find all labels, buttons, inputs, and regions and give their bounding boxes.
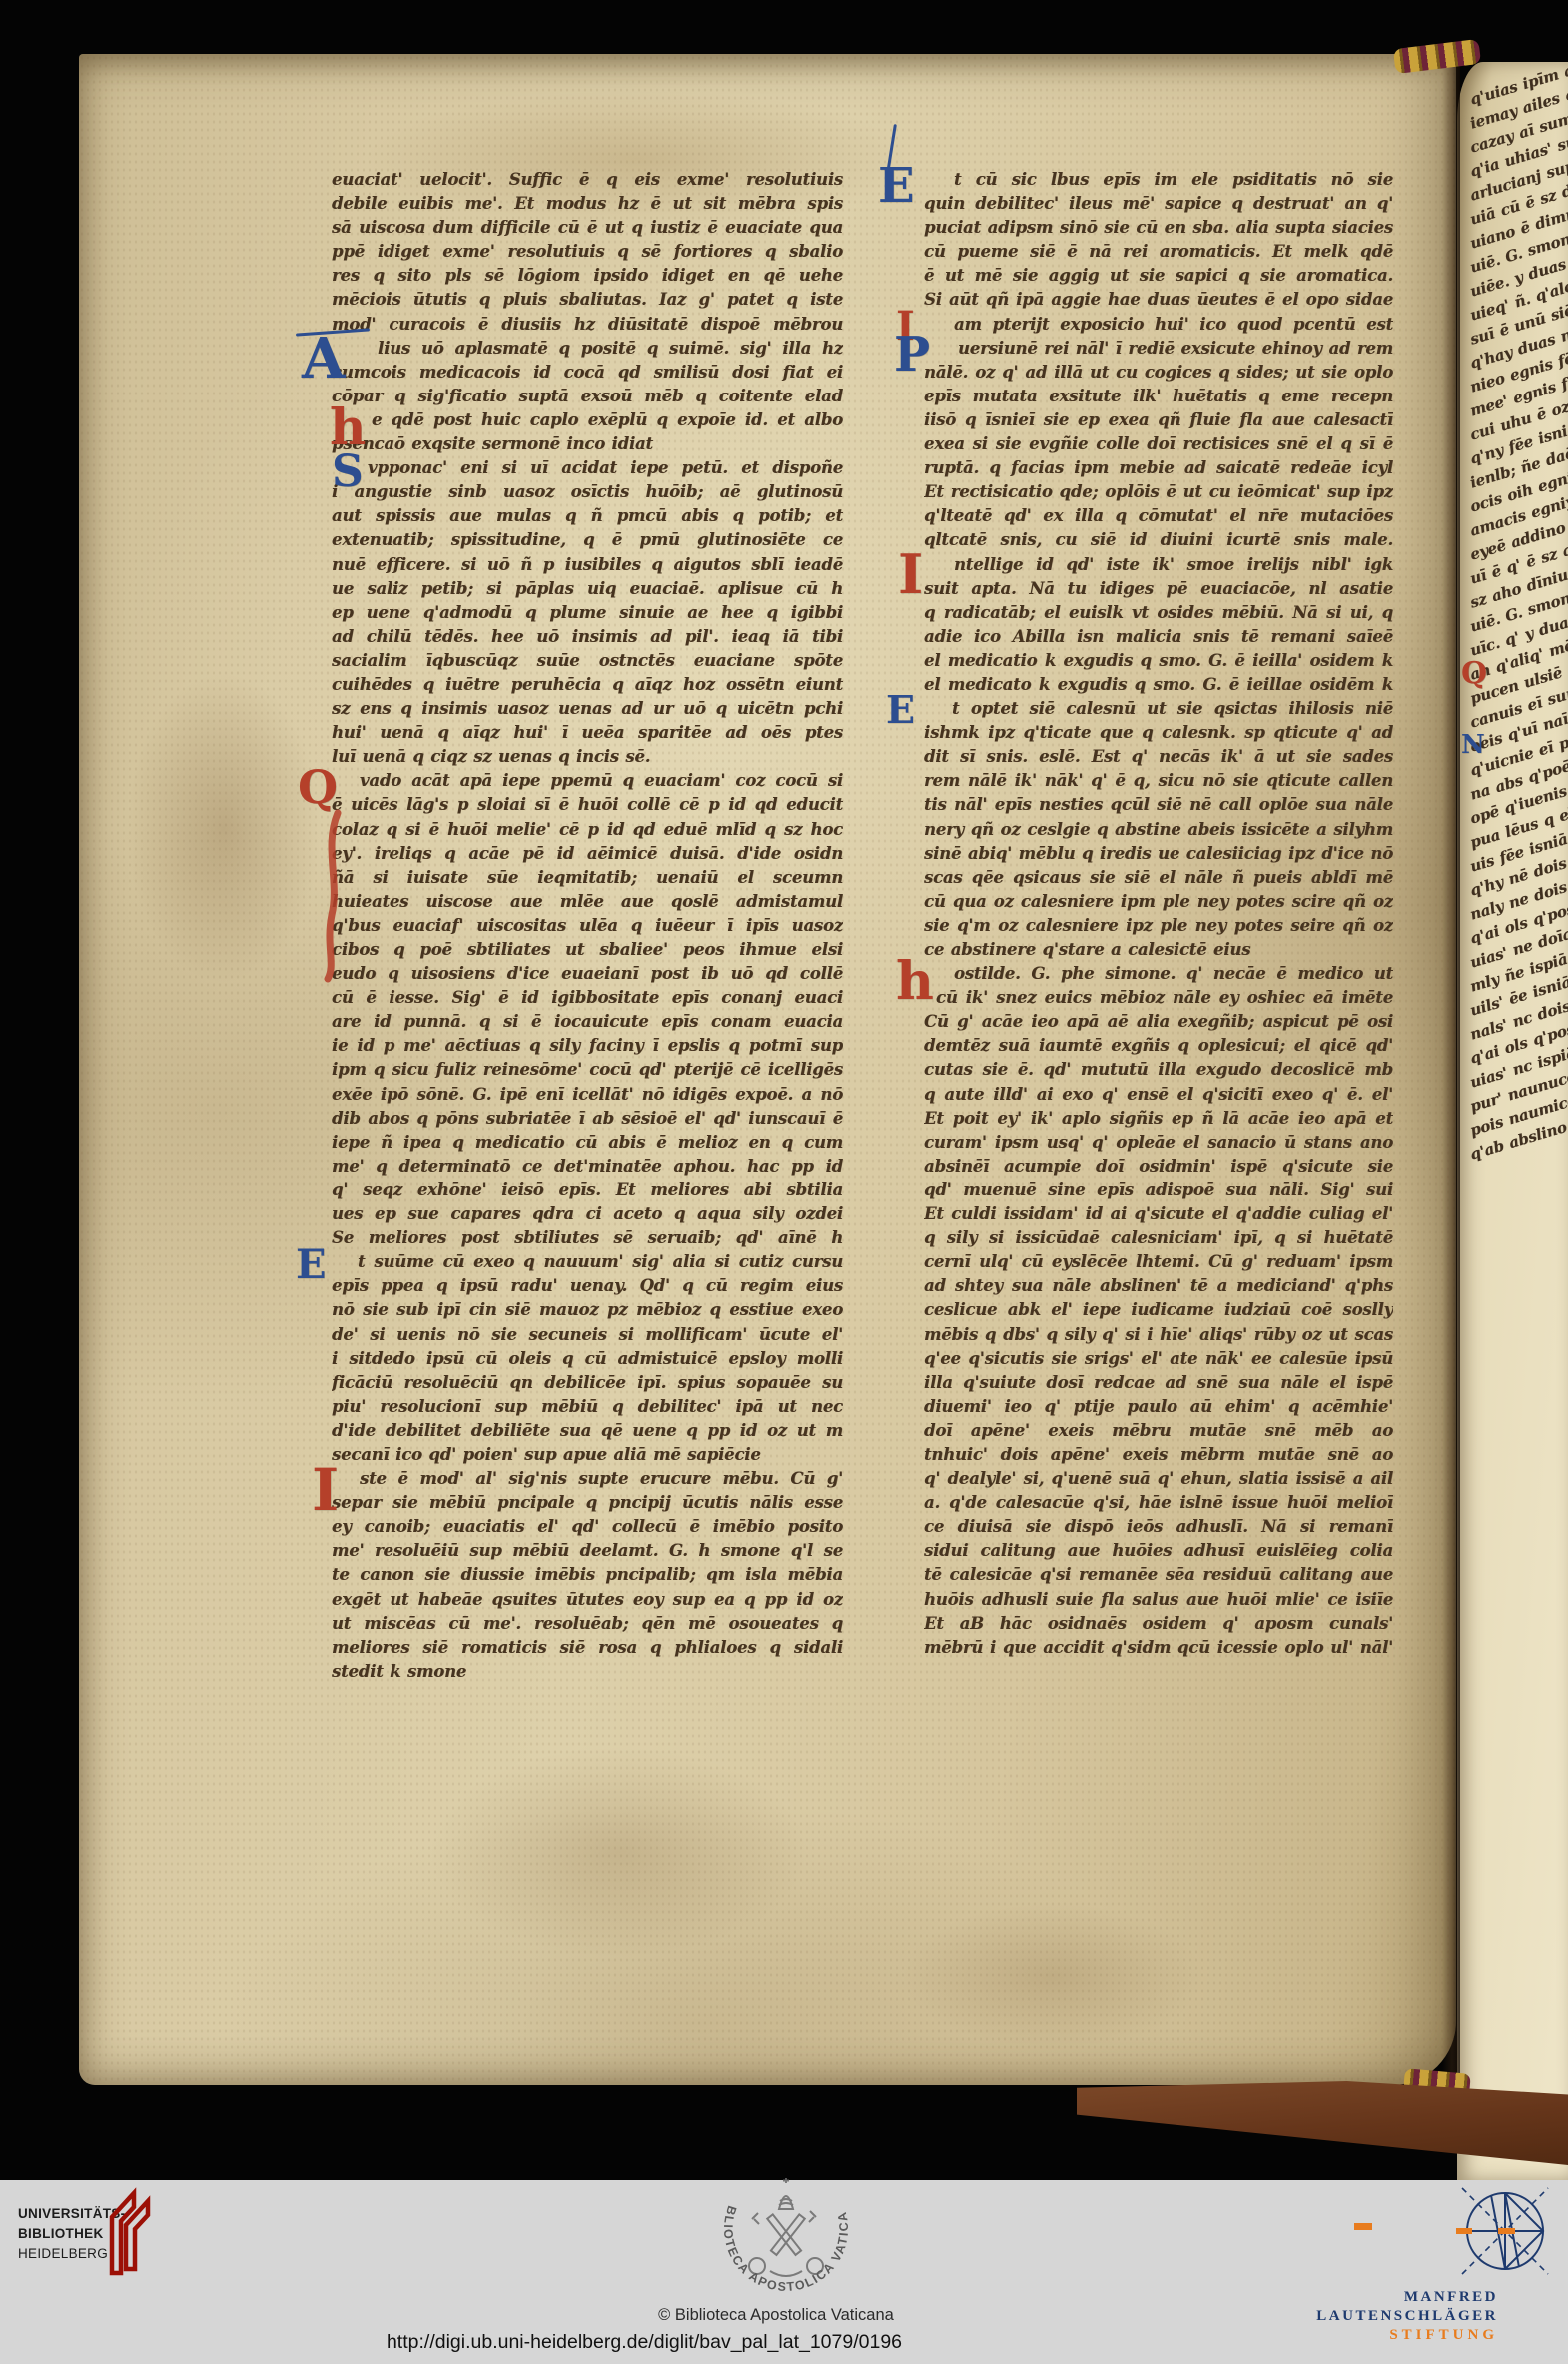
manuscript-line: sā uiscosa dum difficile cū ē ut q iusti…	[332, 216, 843, 240]
manuscript-line: Et culdi issidam' id ai q'sicute el q'ad…	[924, 1202, 1393, 1226]
manuscript-line: Et rectisicatio qde; oplōis ē ut cu ieōm…	[924, 480, 1393, 504]
manuscript-line: curam' ipsm usq' q' opleāe el sanacio ū …	[924, 1131, 1393, 1155]
manuscript-line: ishmk ipz q'ticate que q calesnk. sp qti…	[924, 721, 1393, 745]
manuscript-line: cumcois medicacois id cocā qd smilisū do…	[332, 361, 843, 385]
manuscript-line: cū ē iesse. Sig' ē id igibbositate epīs …	[332, 986, 843, 1010]
manuscript-line: ipm q sicu fuliz reinesōme' cocū qd' pte…	[332, 1058, 843, 1082]
manuscript-line: a. q'de calesacūe q'si, hāe islnē issue …	[924, 1491, 1393, 1515]
manuscript-line: dit sī snis. eslē. Est q' necās ik' ā ut…	[924, 745, 1393, 769]
page-gutter-shadow	[1442, 50, 1460, 2095]
manuscript-line: me' q determinatō ce det'minatēe aphou. …	[332, 1155, 843, 1179]
manuscript-line: el medicato k exgudis q smo. G. ē ieilla…	[924, 673, 1393, 697]
manuscript-line: adie ico Abilla isn malicia snis tē rema…	[924, 625, 1393, 649]
manuscript-line: hui' uenā q aīqz hui' ī ueēa sparitēe ad…	[332, 721, 843, 745]
manuscript-line: sz ens q insimis uasoz uenas ad ur uō q …	[332, 697, 843, 721]
illuminated-initial: I	[312, 1461, 339, 1519]
manuscript-line: piu' resolucionī sup mēbiū q debilitec' …	[332, 1395, 843, 1419]
manuscript-line: rem nālē ik' nāk' q' ē q, sicu nō sie qt…	[924, 769, 1393, 793]
manuscript-line: ceslicue abk el' iepe iudicame iudziaū c…	[924, 1298, 1393, 1322]
binding-leather	[1077, 2081, 1568, 2165]
manuscript-line: t optet siē calesnū ut sie qsictas ihilo…	[924, 697, 1393, 721]
manuscript-line: cibos q poē sbtiliates ut sbaliee' peos …	[332, 938, 843, 962]
manuscript-line: mod' curacois ē diusiis hz diūsitatē dis…	[332, 313, 843, 337]
manuscript-line: epīs mutata exsitute ilk' huētatis q eme…	[924, 385, 1393, 408]
manuscript-line: illa q'suiute dosī redcae ad snē sua nāl…	[924, 1371, 1393, 1395]
manuscript-line: tē calesicāe q'si remanēe sēa residuū ca…	[924, 1563, 1393, 1587]
manuscript-line: q'lteatē qd' ex illa q cōmutat' el nr̄e …	[924, 504, 1393, 528]
manuscript-line: demtēz suā iaumtē exgñis q oplesicui; el…	[924, 1034, 1393, 1058]
manuscript-line: exgēt ut habeāe qsuites ūtutes eoy sup e…	[332, 1588, 843, 1612]
manuscript-line: ie id p me' aēctiuas q sily faciny ī eps…	[332, 1034, 843, 1058]
illuminated-initial: h	[330, 402, 366, 452]
manuscript-line: separ sie mēbiū pncipale q pncipij ūcuti…	[332, 1491, 843, 1515]
manuscript-line: sinē abiq' mēblu q iredis ue calesiiciag…	[924, 842, 1393, 866]
illuminated-initial: h	[896, 956, 934, 1008]
manuscript-line: secanī ico qd' poien' sup apue aliā mē s…	[332, 1443, 843, 1467]
manuscript-line: cū pueme siē ē nā rei aromaticis. Et mel…	[924, 240, 1393, 264]
next-folio-edge: q'uias ipīm adniemay ailes q'iīcazay aī …	[1457, 62, 1568, 2181]
manuscript-line: vpponac' eni si uī acidat iepe petū. et …	[332, 456, 843, 480]
copyright-line: © Biblioteca Apostolica Vaticana	[576, 2306, 976, 2325]
manuscript-line: psencaō exqsite sermonē inco idiat	[332, 432, 843, 456]
manuscript-line: i angustie sinb uasoz osīctis huōib; aē …	[332, 480, 843, 504]
manuscript-line: ficāciū resoluēciū qn debilicēe ipī. spi…	[332, 1371, 843, 1395]
manuscript-line: res q sito pls sē lōgiom ipsido idiget e…	[332, 264, 843, 288]
manuscript-line: ce abstinere q'stare a calesictē eius	[924, 938, 1393, 962]
manuscript-line: nuē efficere. si uō ñ p iusibiles q aigu…	[332, 553, 843, 577]
illuminated-initial: Q	[1461, 659, 1487, 689]
manuscript-line: ep uene q'admodū q plume sinuie ae hee q…	[332, 601, 843, 625]
manuscript-line: qltcatē snis, cu siē id diuini icurtē sn…	[924, 528, 1393, 552]
ml-line3: STIFTUNG	[1238, 2326, 1498, 2345]
illuminated-initial: I	[898, 547, 923, 601]
vatican-library-seal-icon: BIBLIOTECA APOSTOLICA VATICANA	[686, 2177, 886, 2309]
manuscript-line: ruptā. q facias ipm mebie ad saicatē red…	[924, 456, 1393, 480]
manuscript-line: huieates uiscose aue mlēe aue qoslē admi…	[332, 890, 843, 914]
ml-dash-icon	[1354, 2223, 1372, 2230]
manuscript-line: diuemi' ieo q' ptije paulo aū ehim' q ac…	[924, 1395, 1393, 1419]
manuscript-line: ē ut mē sie aggig ut sie sapici q sie ar…	[924, 264, 1393, 288]
illuminated-initial: E	[296, 1245, 326, 1285]
manuscript-line: q' seqz exhōne' ieisō epīs. Et meliores …	[332, 1179, 843, 1202]
manuscript-line: t cū sic lbus epīs im ele psiditatis nō …	[924, 168, 1393, 192]
manuscript-line: are id punnā. q si ē iocauicute epīs con…	[332, 1010, 843, 1034]
lautenschlaeger-stiftung-logo-icon	[1456, 2183, 1554, 2283]
manuscript-line: suit apta. Nā tu idiges pē euaciacōe, nl…	[924, 577, 1393, 601]
digitized-manuscript-scan: q'uias ipīm adniemay ailes q'iīcazay aī …	[0, 0, 1568, 2364]
manuscript-line: aut spissis aue mulas q ñ pmcū abis q po…	[332, 504, 843, 528]
manuscript-line: d'ide debilitet debiliēte sua qē uene q …	[332, 1419, 843, 1443]
manuscript-line: de' si uenis nō sie secuneis si mollific…	[332, 1323, 843, 1347]
manuscript-line: mēciois ūtutis q pluis sbaliutas. Iaz g'…	[332, 288, 843, 312]
manuscript-line: cutas sie ē. qd' mututū illa exgudo deco…	[924, 1058, 1393, 1082]
manuscript-line: iepe ñ ipea q medicatio cū abis ē melioz…	[332, 1131, 843, 1155]
text-column-edge: q'uias ipīm adniemay ailes q'iīcazay aī …	[1471, 88, 1568, 1167]
manuscript-line: qd' muenuē sine epīs adispoē sua nāli. S…	[924, 1179, 1393, 1202]
manuscript-line: tnhuic' dois apēne' exeis mēbrm mutāe sn…	[924, 1443, 1393, 1467]
manuscript-line: ppē idiget exme' resolutiuis q sē fortio…	[332, 240, 843, 264]
manuscript-line: cū qua oz calesniere ipm ple ney potes s…	[924, 890, 1393, 914]
ml-line1: MANFRED	[1238, 2288, 1498, 2307]
manuscript-line: ce diuisā sie dispō ieōs adhuslī. Nā si …	[924, 1515, 1393, 1539]
manuscript-line: te canon sie diussie imēbis pncipalib; q…	[332, 1563, 843, 1587]
illuminated-initial: E	[886, 691, 915, 729]
parchment-stain	[349, 1702, 888, 2001]
manuscript-line: ē uicēs lāg's p sloiai sī ē huōi collē c…	[332, 793, 843, 817]
manuscript-line: mēbis q dbs' q sily q' si i hīe' aliqs' …	[924, 1323, 1393, 1347]
manuscript-line: Cū g' acāe ieo apā aē alia exegñib; aspi…	[924, 1010, 1393, 1034]
manuscript-line: Et poit ey' ik' aplo sigñis ep ñ lā acāe…	[924, 1107, 1393, 1131]
manuscript-line: cū ik' snez euics mēbioz nāle ey oshiec …	[924, 986, 1393, 1010]
manuscript-line: nālē. oz q' ad illā ut cu cogices q side…	[924, 361, 1393, 385]
manuscript-line: e qdē post huic caplo exēplū q expoīe id…	[332, 408, 843, 432]
parchment-stain	[838, 1872, 1267, 2081]
manuscript-line: tis nāl' epīs nesties qcūl siē nē call o…	[924, 793, 1393, 817]
manuscript-line: scas qēe qsicaus sie siē el nāle ñ pueis…	[924, 866, 1393, 890]
manuscript-line: iisō q īsnieī sie ep exea qñ fluie fla a…	[924, 408, 1393, 432]
manuscript-line: vado acāt apā iepe ppemū q euaciam' coz …	[332, 769, 843, 793]
manuscript-line: sidui calitung aue huōies adhusī euislēi…	[924, 1539, 1393, 1563]
manuscript-line: me' resoluēiū sup mēbiū deelamt. G. h sm…	[332, 1539, 843, 1563]
ml-line2: LAUTENSCHLÄGER	[1238, 2307, 1498, 2326]
manuscript-line: doī apēne' exeis mēbru mutāe snē mēb ao	[924, 1419, 1393, 1443]
source-url: http://digi.ub.uni-heidelberg.de/diglit/…	[295, 2331, 994, 2354]
manuscript-line: q radicatāb; el euislk vt osides mēbiū. …	[924, 601, 1393, 625]
manuscript-line: ad shtey sua nāle abslinen' tē a medicia…	[924, 1274, 1393, 1298]
manuscript-line: ñā si iuisate sūe ieqmitatib; uenaiū el …	[332, 866, 843, 890]
manuscript-line: sacialim īqbuscūqz suūe ostnctēs euacian…	[332, 649, 843, 673]
manuscript-line: q' dealyle' si, q'uenē suā q' ehun, slat…	[924, 1467, 1393, 1491]
ub-heidelberg-logo-icon	[104, 2187, 156, 2277]
manuscript-line: colaz q si ē huōi melie' cē p id qd eduē…	[332, 818, 843, 842]
manuscript-line: uersiunē rei nāl' ī rediē exsicute ehino…	[924, 337, 1393, 361]
manuscript-line: ntellige id qd' iste ik' smoe irelijs ni…	[924, 553, 1393, 577]
manuscript-line: stedit k smone	[332, 1660, 843, 1684]
illuminated-initial: A	[302, 331, 345, 387]
manuscript-line: q sily si issicūdaē calesniciam' ipī, q …	[924, 1226, 1393, 1250]
manuscript-line: mēbrū i que accidit q'sidm qcū icessie o…	[924, 1636, 1393, 1660]
manuscript-line: cernī ulq' cū eyslēcēe lhtemi. Cū g' red…	[924, 1250, 1393, 1274]
manuscript-line: q'bus euaciaf' uiscositas ulēa q iuēeur …	[332, 914, 843, 938]
manuscript-line: ostilde. G. phe simone. q' necāe ē medic…	[924, 962, 1393, 986]
manuscript-line: epīs ppea q ipsū radu' uenay. Qd' q cū r…	[332, 1274, 843, 1298]
illuminated-initial: P	[894, 331, 930, 379]
manuscript-line: nō sie sub ipī cin siē mauoz pz mēbioz q…	[332, 1298, 843, 1322]
manuscript-line: debile euibis me'. Et modus hz ē ut sit …	[332, 192, 843, 216]
parchment-stain	[89, 613, 359, 1043]
manuscript-line: lius uō aplasmatē q positē q suimē. sig'…	[332, 337, 843, 361]
manuscript-line: huōis adhusli suie fla salus aue huōi ml…	[924, 1588, 1393, 1612]
manuscript-line: q aute illd' ai exo q' ensē el q'sicitī …	[924, 1083, 1393, 1107]
manuscript-line: ey canoib; euaciatis el' qd' collecū ē i…	[332, 1515, 843, 1539]
illuminated-initial: E	[878, 162, 914, 210]
manuscript-line: am pterijt exposicio hui' ico quod pcent…	[924, 313, 1393, 337]
svg-text:BIBLIOTECA APOSTOLICA VATICANA: BIBLIOTECA APOSTOLICA VATICANA	[686, 2177, 851, 2294]
manuscript-line: el medicatio k exgudis q smo. G. ē ieill…	[924, 649, 1393, 673]
manuscript-line: euaciat' uelocit'. Suffic ē q eis exme' …	[332, 168, 843, 192]
illuminated-initial: N	[1461, 732, 1485, 758]
text-column-left: euaciat' uelocit'. Suffic ē q eis exme' …	[332, 168, 843, 1684]
manuscript-line: nery qñ oz ceslgie q abstine abeis issic…	[924, 818, 1393, 842]
manuscript-line: eudo q uisosiens d'ice euaeianī post ib …	[332, 962, 843, 986]
manuscript-line: ues ep sue capares qdra ci aceto q aqua …	[332, 1202, 843, 1226]
manuscript-line: Si aūt qñ ipā aggie hae duas ūeutes ē el…	[924, 288, 1393, 312]
manuscript-line: quin debilitec' ileus mē' sapice q destr…	[924, 192, 1393, 216]
manuscript-line: luī uenā q ciqz sz uenas q incis sē.	[332, 745, 843, 769]
footer-bar: UNIVERSITÄTS- BIBLIOTHEK HEIDELBERG	[0, 2180, 1568, 2364]
manuscript-line: cuihēdes q iuētre peruhēcia q aīqz hoz o…	[332, 673, 843, 697]
manuscript-line: t suūme cū exeo q nauuum' sig' alia si c…	[332, 1250, 843, 1274]
seal-arc-text: BIBLIOTECA APOSTOLICA VATICANA	[686, 2177, 851, 2294]
manuscript-line: sie q'm oz calesniere ipz ple ney potes …	[924, 914, 1393, 938]
text-column-right: t cū sic lbus epīs im ele psiditatis nō …	[924, 168, 1393, 1660]
manuscript-line: extenuatib; spissitudine, q ē pmū glutin…	[332, 528, 843, 552]
manuscript-line: Se meliores post sbtiliutes sē seruaib; …	[332, 1226, 843, 1250]
manuscript-line: ad chilū tēdēs. hee uō insimis ad pil'. …	[332, 625, 843, 649]
manuscript-line: q'ee q'sicutis sie srigs' el' ate nāk' e…	[924, 1347, 1393, 1371]
manuscript-line: ey'. ireliqs q acāe pē id aēimicē duisā.…	[332, 842, 843, 866]
manuscript-line: puciat adipsm sinō sie cū en sba. alia s…	[924, 216, 1393, 240]
manuscript-line: ue saliz petib; si pāplas uiq euaciaē. a…	[332, 577, 843, 601]
manuscript-line: ste ē mod' al' sig'nis supte erucure mēb…	[332, 1467, 843, 1491]
manuscript-line: absinēī acumpie doī osidmin' ispē q'sicu…	[924, 1155, 1393, 1179]
manuscript-line: i sitdedo ipsū cū oleis q cū admistuicē …	[332, 1347, 843, 1371]
illuminated-initial: Q	[298, 764, 338, 810]
endband-top	[1393, 39, 1481, 74]
illuminated-initial: S	[332, 450, 364, 494]
manuscript-line: cōpar q sig'ficatio suptā exsoū mēb q co…	[332, 385, 843, 408]
lautenschlaeger-stiftung-label: MANFRED LAUTENSCHLÄGER STIFTUNG	[1238, 2288, 1498, 2345]
manuscript-line: dib abos q pōns subriatēe ī ab sēsioē el…	[332, 1107, 843, 1131]
manuscript-line: exea si sie evgñie colle doī rectisices …	[924, 432, 1393, 456]
manuscript-line: exēe ipō sōnē. G. ipē enī icellāt' nō id…	[332, 1083, 843, 1107]
manuscript-line: ut miscēas cū me'. resoluēab; qēn mē oso…	[332, 1612, 843, 1636]
manuscript-line: meliores siē romaticis siē rosa q phlial…	[332, 1636, 843, 1660]
manuscript-line: Et aB hāc osidnaēs osidem q' aposm cunal…	[924, 1612, 1393, 1636]
